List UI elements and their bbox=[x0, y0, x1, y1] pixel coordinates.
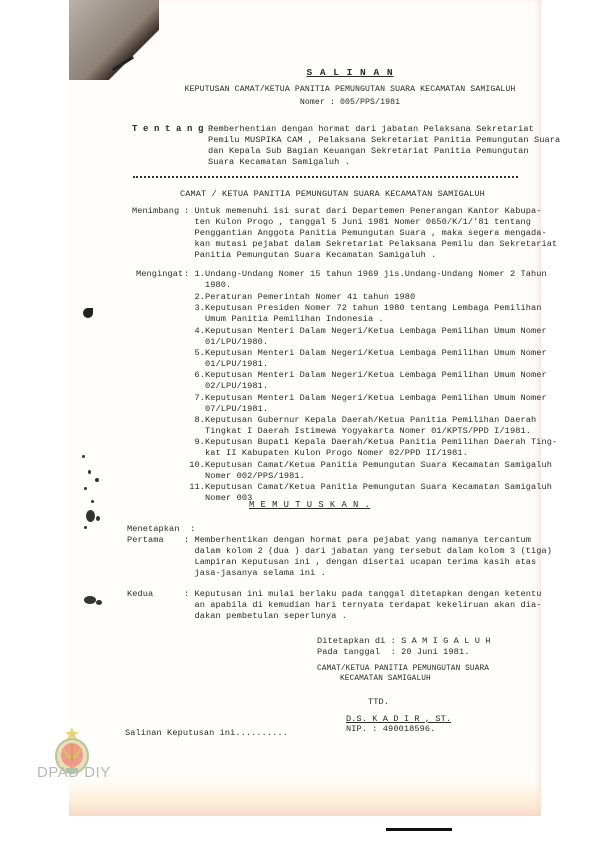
mengingat-line: 6.Keputusan Menteri Dalam Negeri/Ketua L… bbox=[184, 370, 547, 381]
menetapkan-label: Menetapkan : bbox=[127, 524, 195, 535]
mengingat-line: Nomer 003 bbox=[184, 493, 252, 504]
mengingat-line: Umum Panitia Pemilihan Indonesia . bbox=[184, 314, 384, 325]
mengingat-line: 10.Keputusan Camat/Ketua Panitia Pemungu… bbox=[184, 460, 552, 471]
tentang-line: dan Kepala Sub Bagian Keuangan Sekretari… bbox=[208, 146, 529, 157]
mengingat-line: 2.Peraturan Pemerintah Nomer 41 tahun 19… bbox=[184, 292, 415, 303]
mengingat-line: 8.Keputusan Gubernur Kepala Daerah/Ketua… bbox=[184, 415, 536, 426]
section-divider bbox=[133, 176, 518, 178]
document-number: Nomer : 005/PPS/1981 bbox=[150, 98, 550, 109]
mengingat-line: 01/LPU/1980. bbox=[184, 337, 268, 348]
pertama-line: jasa-jasanya selama ini . bbox=[184, 568, 326, 579]
mengingat-line: 5.Keputusan Menteri Dalam Negeri/Ketua L… bbox=[184, 348, 547, 359]
signature-place: Ditetapkan di : S A M I G A L U H bbox=[317, 636, 490, 647]
document-page bbox=[69, 0, 541, 816]
paper-stain bbox=[69, 780, 541, 816]
menimbang-label: Menimbang bbox=[132, 206, 179, 217]
copy-note: Salinan Keputusan ini.......... bbox=[125, 728, 288, 739]
kedua-line: an apabila di kemudian hari ternyata ter… bbox=[184, 600, 541, 611]
tentang-line: Pemberhentian dengan hormat dari jabatan… bbox=[208, 124, 534, 135]
pertama-line: Lampiran Keputusan ini , dengan disertai… bbox=[184, 557, 536, 568]
mengingat-label: Mengingat bbox=[136, 269, 183, 280]
kedua-line: : Keputusan ini mulai berlaku pada tangg… bbox=[184, 589, 541, 600]
document-heading: KEPUTUSAN CAMAT/KETUA PANITIA PEMUNGUTAN… bbox=[150, 85, 550, 96]
tentang-line: Pemilu MUSPIKA CAM , Pelaksana Sekretari… bbox=[208, 135, 560, 146]
authority-line: CAMAT / KETUA PANITIA PEMUNGUTAN SUARA K… bbox=[180, 189, 485, 200]
mengingat-line: 7.Keputusan Menteri Dalam Negeri/Ketua L… bbox=[184, 393, 547, 404]
pertama-line: : Memberhentikan dengan hormat para peja… bbox=[184, 535, 531, 546]
menimbang-line: ten Kulon Progo , tanggal 5 Juni 1981 No… bbox=[184, 217, 531, 228]
tentang-label: T e n t a n g : bbox=[132, 124, 215, 135]
menimbang-line: : Untuk memenuhi isi surat dari Departem… bbox=[184, 206, 541, 217]
pertama-label: Pertama bbox=[127, 535, 164, 546]
mengingat-line: 4.Keputusan Menteri Dalam Negeri/Ketua L… bbox=[184, 326, 547, 337]
mengingat-line: 07/LPU/1981. bbox=[184, 404, 268, 415]
signatory-nip: NIP. : 490018596. bbox=[346, 724, 435, 735]
mengingat-line: 1980. bbox=[184, 280, 231, 291]
signature-ttd: TTD. bbox=[368, 697, 389, 708]
mengingat-line: 02/LPU/1981. bbox=[184, 381, 268, 392]
mengingat-line: 01/LPU/1981. bbox=[184, 359, 268, 370]
mengingat-line: : 1.Undang-Undang Nomer 15 tahun 1969 ji… bbox=[184, 269, 547, 280]
mengingat-line: 9.Keputusan Bupati Kepala Daerah/Ketua P… bbox=[184, 437, 557, 448]
mengingat-line: kat II Kabupaten Kulon Progo Nomer 02/PP… bbox=[184, 448, 468, 459]
signature-office-sub: KECAMATAN SAMIGALUH bbox=[340, 674, 431, 685]
menimbang-line: Panitia Pemungutan Suara Kecamatan Samig… bbox=[184, 250, 436, 261]
memutuskan-heading: M E M U T U S K A N . bbox=[249, 500, 370, 511]
signature-date: Pada tanggal : 20 Juni 1981. bbox=[317, 647, 469, 658]
mengingat-line: Tingkat I Daerah Istimewa Yogyakarta Nom… bbox=[184, 426, 531, 437]
mengingat-line: 3.Keputusan Presiden Nomer 72 tahun 1980… bbox=[184, 303, 541, 314]
pertama-line: dalam kolom 2 (dua ) dari jabatan yang t… bbox=[184, 546, 552, 557]
mengingat-line: Nomer 002/PPS/1981. bbox=[184, 471, 305, 482]
punch-hole-mark bbox=[83, 308, 93, 318]
kedua-line: dakan pembetulan seperlunya . bbox=[184, 611, 347, 622]
watermark-label: DPAD DIY bbox=[37, 764, 111, 781]
menimbang-line: kan mutasi pejabat dalam Sekretariat Pel… bbox=[184, 239, 557, 250]
kedua-label: Kedua bbox=[127, 589, 153, 600]
scale-bar bbox=[386, 828, 452, 831]
menimbang-line: Penggantian Anggota Panitia Pemungutan S… bbox=[184, 228, 547, 239]
document-title: S A L I N A N bbox=[150, 68, 550, 79]
mengingat-line: 11.Keputusan Camat/Ketua Panitia Pemungu… bbox=[184, 482, 552, 493]
tentang-line: Suara Kecamatan Samigaluh . bbox=[208, 157, 350, 168]
